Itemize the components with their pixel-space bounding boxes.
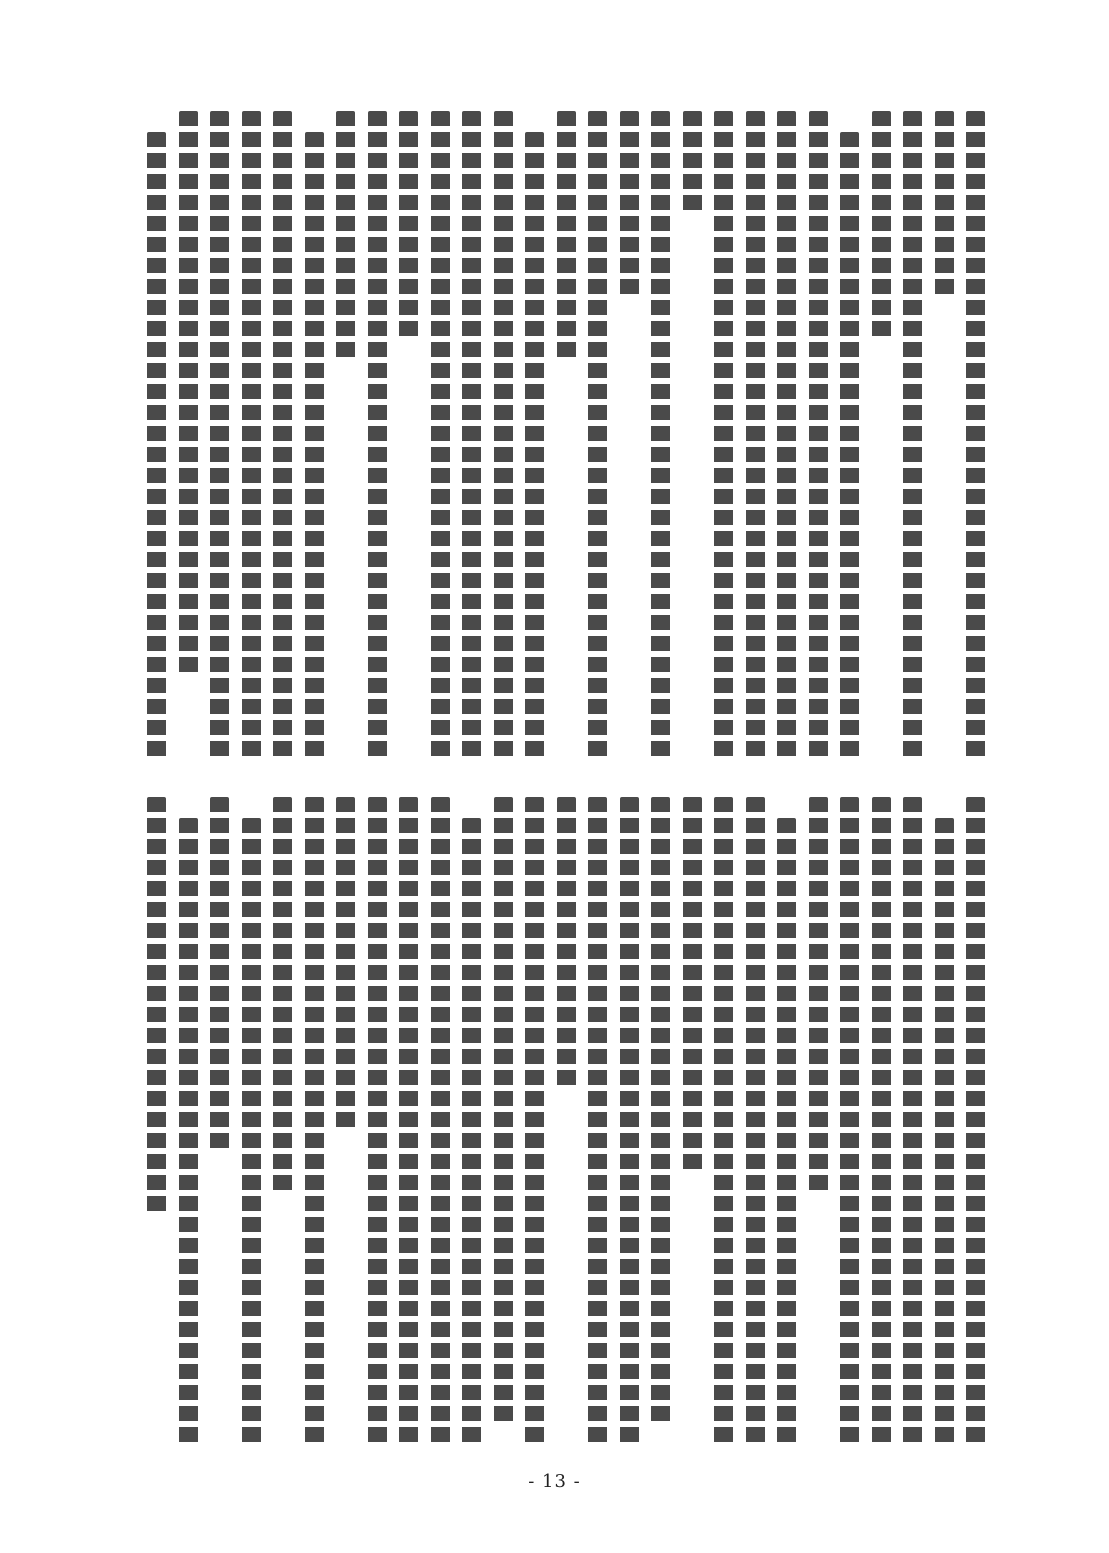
page-number: - 13 - [0,1471,1109,1492]
redacted-text-run [903,111,922,762]
text-column [304,797,326,1448]
text-column [682,111,704,762]
text-column [304,111,326,762]
text-column [178,111,200,762]
redacted-text-run [651,111,670,762]
redacted-text-run [557,797,576,1091]
redacted-text-run [210,797,229,1154]
text-column [209,797,231,1448]
text-column [335,111,357,762]
text-column [934,111,956,762]
redacted-text-run [746,111,765,762]
redacted-text-run [368,797,387,1448]
redacted-text-run [399,797,418,1448]
text-column [839,797,861,1448]
redacted-text-run [809,111,828,762]
redacted-text-run [273,797,292,1196]
text-column [461,111,483,762]
text-column [965,797,987,1448]
redacted-text-run [935,111,954,300]
redacted-text-run [966,797,985,1448]
redacted-text-run [462,818,481,1448]
text-column [556,111,578,762]
text-column [776,797,798,1448]
redacted-text-run [242,818,261,1448]
text-column [367,797,389,1448]
redacted-text-run [872,797,891,1448]
text-column [839,111,861,762]
redacted-text-run [525,132,544,762]
text-column [713,797,735,1448]
text-column [776,111,798,762]
redacted-text-run [872,111,891,342]
text-column [871,111,893,762]
redacted-text-run [147,132,166,762]
text-column [146,111,168,762]
redacted-text-run [840,132,859,762]
redacted-text-run [179,111,198,678]
text-column [398,111,420,762]
redacted-text-run [746,797,765,1448]
redacted-text-run [462,111,481,762]
text-column [650,111,672,762]
text-column [808,111,830,762]
redacted-text-run [683,797,702,1175]
redacted-text-run [714,111,733,762]
redacted-text-run [651,797,670,1427]
text-column [650,797,672,1448]
redacted-text-run [368,111,387,762]
text-column [934,797,956,1448]
redacted-text-run [683,111,702,216]
text-column [398,797,420,1448]
redacted-text-run [903,797,922,1448]
bottom-text-block [146,797,987,1448]
text-column [902,111,924,762]
redacted-text-run [966,111,985,762]
text-column [241,111,263,762]
text-column [713,111,735,762]
text-column [367,111,389,762]
text-column [272,111,294,762]
redacted-text-run [431,797,450,1448]
text-column [272,797,294,1448]
redacted-text-run [305,132,324,762]
text-column [745,797,767,1448]
text-column [871,797,893,1448]
page: - 13 - [0,0,1109,1553]
text-column [178,797,200,1448]
text-column [209,111,231,762]
redacted-text-run [210,111,229,762]
redacted-text-run [809,797,828,1196]
text-column [619,111,641,762]
text-column [461,797,483,1448]
redacted-text-run [935,818,954,1448]
text-column [493,797,515,1448]
redacted-text-run [557,111,576,363]
text-column [146,797,168,1448]
top-text-block [146,111,987,762]
text-column [524,797,546,1448]
text-column [587,797,609,1448]
text-column [430,797,452,1448]
text-column [241,797,263,1448]
redacted-text-run [399,111,418,342]
redacted-text-run [620,797,639,1448]
redacted-text-run [147,797,166,1217]
redacted-text-run [620,111,639,300]
redacted-text-run [242,111,261,762]
redacted-text-run [431,111,450,762]
text-column [902,797,924,1448]
text-column [587,111,609,762]
redacted-text-run [494,111,513,762]
redacted-text-run [588,797,607,1448]
text-column [619,797,641,1448]
redacted-text-run [336,797,355,1133]
redacted-text-run [714,797,733,1448]
redacted-text-run [777,111,796,762]
text-column [682,797,704,1448]
redacted-text-run [273,111,292,762]
text-column [335,797,357,1448]
redacted-text-run [588,111,607,762]
text-column [493,111,515,762]
redacted-text-run [840,797,859,1448]
redacted-text-run [336,111,355,363]
text-column [808,797,830,1448]
text-column [745,111,767,762]
text-column [556,797,578,1448]
text-column [965,111,987,762]
text-column [430,111,452,762]
redacted-text-run [525,797,544,1448]
redacted-text-run [179,818,198,1448]
redacted-text-run [777,818,796,1448]
redacted-text-run [494,797,513,1427]
text-column [524,111,546,762]
redacted-text-run [305,797,324,1448]
